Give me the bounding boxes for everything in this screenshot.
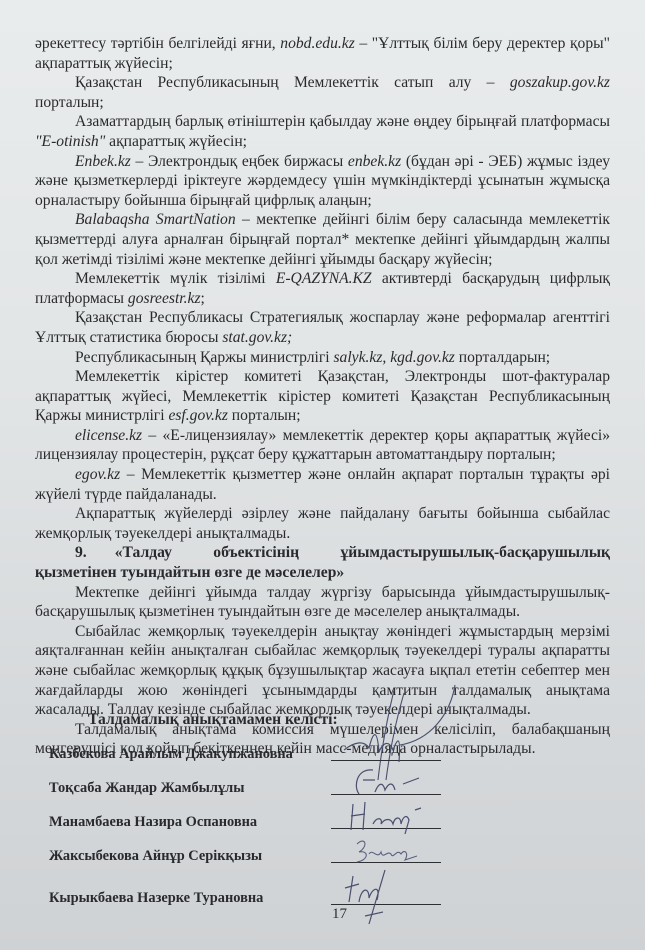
body-paragraph: egov.kz – Мемлекеттік қызметтер және онл… (35, 465, 610, 504)
text-run: порталдарын; (455, 349, 550, 366)
body-paragraph: Азаматтардың барлық өтініштерін қабылдау… (35, 112, 610, 151)
paragraph-list: әрекеттесу тәртібін белгілейді яғни, nob… (35, 34, 610, 543)
text-run: Республикасының Қаржы министрлігі (75, 349, 333, 366)
page-number: 17 (332, 906, 347, 923)
italic-term: Balabaqsha SmartNation (75, 211, 236, 228)
italic-term: enbek.kz (348, 153, 401, 170)
italic-term: esf.gov.kz (168, 407, 227, 424)
italic-term: goszakup.gov.kz (510, 74, 610, 91)
body-paragraph: Мемлекеттік кірістер комитеті Қазақстан,… (35, 367, 610, 426)
text-run: – Мемлекеттік қызметтер және онлайн ақпа… (35, 466, 610, 503)
document-page: әрекеттесу тәртібін белгілейді яғни, nob… (0, 0, 645, 950)
signatory-list: Казбекова Арайлым Джакупжановна Тоқсаба … (49, 746, 449, 924)
italic-term: stat.gov.kz; (222, 329, 292, 346)
agreement-label: Талдамалық анықтамамен келісті: (88, 711, 338, 729)
italic-term: elicense.kz (75, 427, 142, 444)
text-run: ; (201, 290, 205, 307)
section-number: 9. (75, 544, 87, 561)
italic-term: nobd.edu.kz (280, 35, 355, 52)
section-paragraph: Сыбайлас жемқорлық тәуекелдерін анықтау … (35, 622, 610, 720)
italic-term: egov.kz (75, 466, 120, 483)
body-paragraph: Қазақстан Республикасының Мемлекеттік са… (35, 73, 610, 112)
signatory-name: Тоқсаба Жандар Жамбылұлы (49, 780, 245, 797)
text-run: Мемлекеттік мүлік тізілімі (75, 270, 276, 287)
section-heading: 9.«Талдау объектісінің ұйымдастырушылық-… (35, 543, 610, 582)
body-paragraph: Ақпараттық жүйелерді әзірлеу және пайдал… (35, 504, 610, 543)
signature-icon (339, 824, 429, 868)
body-paragraph: Balabaqsha SmartNation – мектепке дейінг… (35, 210, 610, 269)
text-run: порталын; (35, 94, 104, 111)
text-run: әрекеттесу тәртібін белгілейді яғни, (35, 35, 280, 52)
body-paragraph: Мемлекеттік мүлік тізілімі E-QAZYNA.KZ а… (35, 269, 610, 308)
italic-term: gosreestr.kz (128, 290, 201, 307)
text-run: Мемлекеттік кірістер комитеті Қазақстан,… (35, 368, 610, 424)
body-paragraph: Enbek.kz – Электрондық еңбек биржасы enb… (35, 152, 610, 211)
signatory-name: Жаксыбекова Айнұр Серікқызы (49, 848, 262, 865)
signatory-name: Казбекова Арайлым Джакупжановна (49, 746, 293, 763)
text-run: Қазақстан Республикасы Стратегиялық жосп… (35, 309, 610, 346)
document-body: әрекеттесу тәртібін белгілейді яғни, nob… (35, 34, 610, 759)
text-run: Азаматтардың барлық өтініштерін қабылдау… (75, 113, 610, 130)
body-paragraph: Республикасының Қаржы министрлігі salyk.… (35, 348, 610, 368)
signatory-name: Манамбаева Назира Оспановна (49, 814, 257, 831)
body-paragraph: Қазақстан Республикасы Стратегиялық жосп… (35, 308, 610, 347)
text-run: Ақпараттық жүйелерді әзірлеу және пайдал… (35, 505, 610, 542)
italic-term: "E-otinish" (35, 133, 105, 150)
section-title: «Талдау объектісінің ұйымдастырушылық-ба… (35, 544, 610, 581)
text-run: Қазақстан Республикасының Мемлекеттік са… (75, 74, 510, 91)
italic-term: salyk.kz, kgd.gov.kz (333, 349, 454, 366)
italic-term: Enbek.kz (75, 153, 131, 170)
body-paragraph: elicense.kz – «Е-лицензиялау» мемлекетті… (35, 426, 610, 465)
signatory-row: Кырыкбаева Назерке Турановна (49, 890, 449, 924)
text-run: ақпараттық жүйесін; (105, 133, 247, 150)
signatory-name: Кырыкбаева Назерке Турановна (49, 890, 263, 907)
body-paragraph: әрекеттесу тәртібін белгілейді яғни, nob… (35, 34, 610, 73)
text-run: порталын; (228, 407, 301, 424)
text-run: – Электрондық еңбек биржасы (131, 153, 348, 170)
signature-icon (339, 866, 429, 910)
section-paragraph: Мектепке дейінгі ұйымда талдау жүргізу б… (35, 583, 610, 622)
italic-term: E-QAZYNA.KZ (276, 270, 372, 287)
